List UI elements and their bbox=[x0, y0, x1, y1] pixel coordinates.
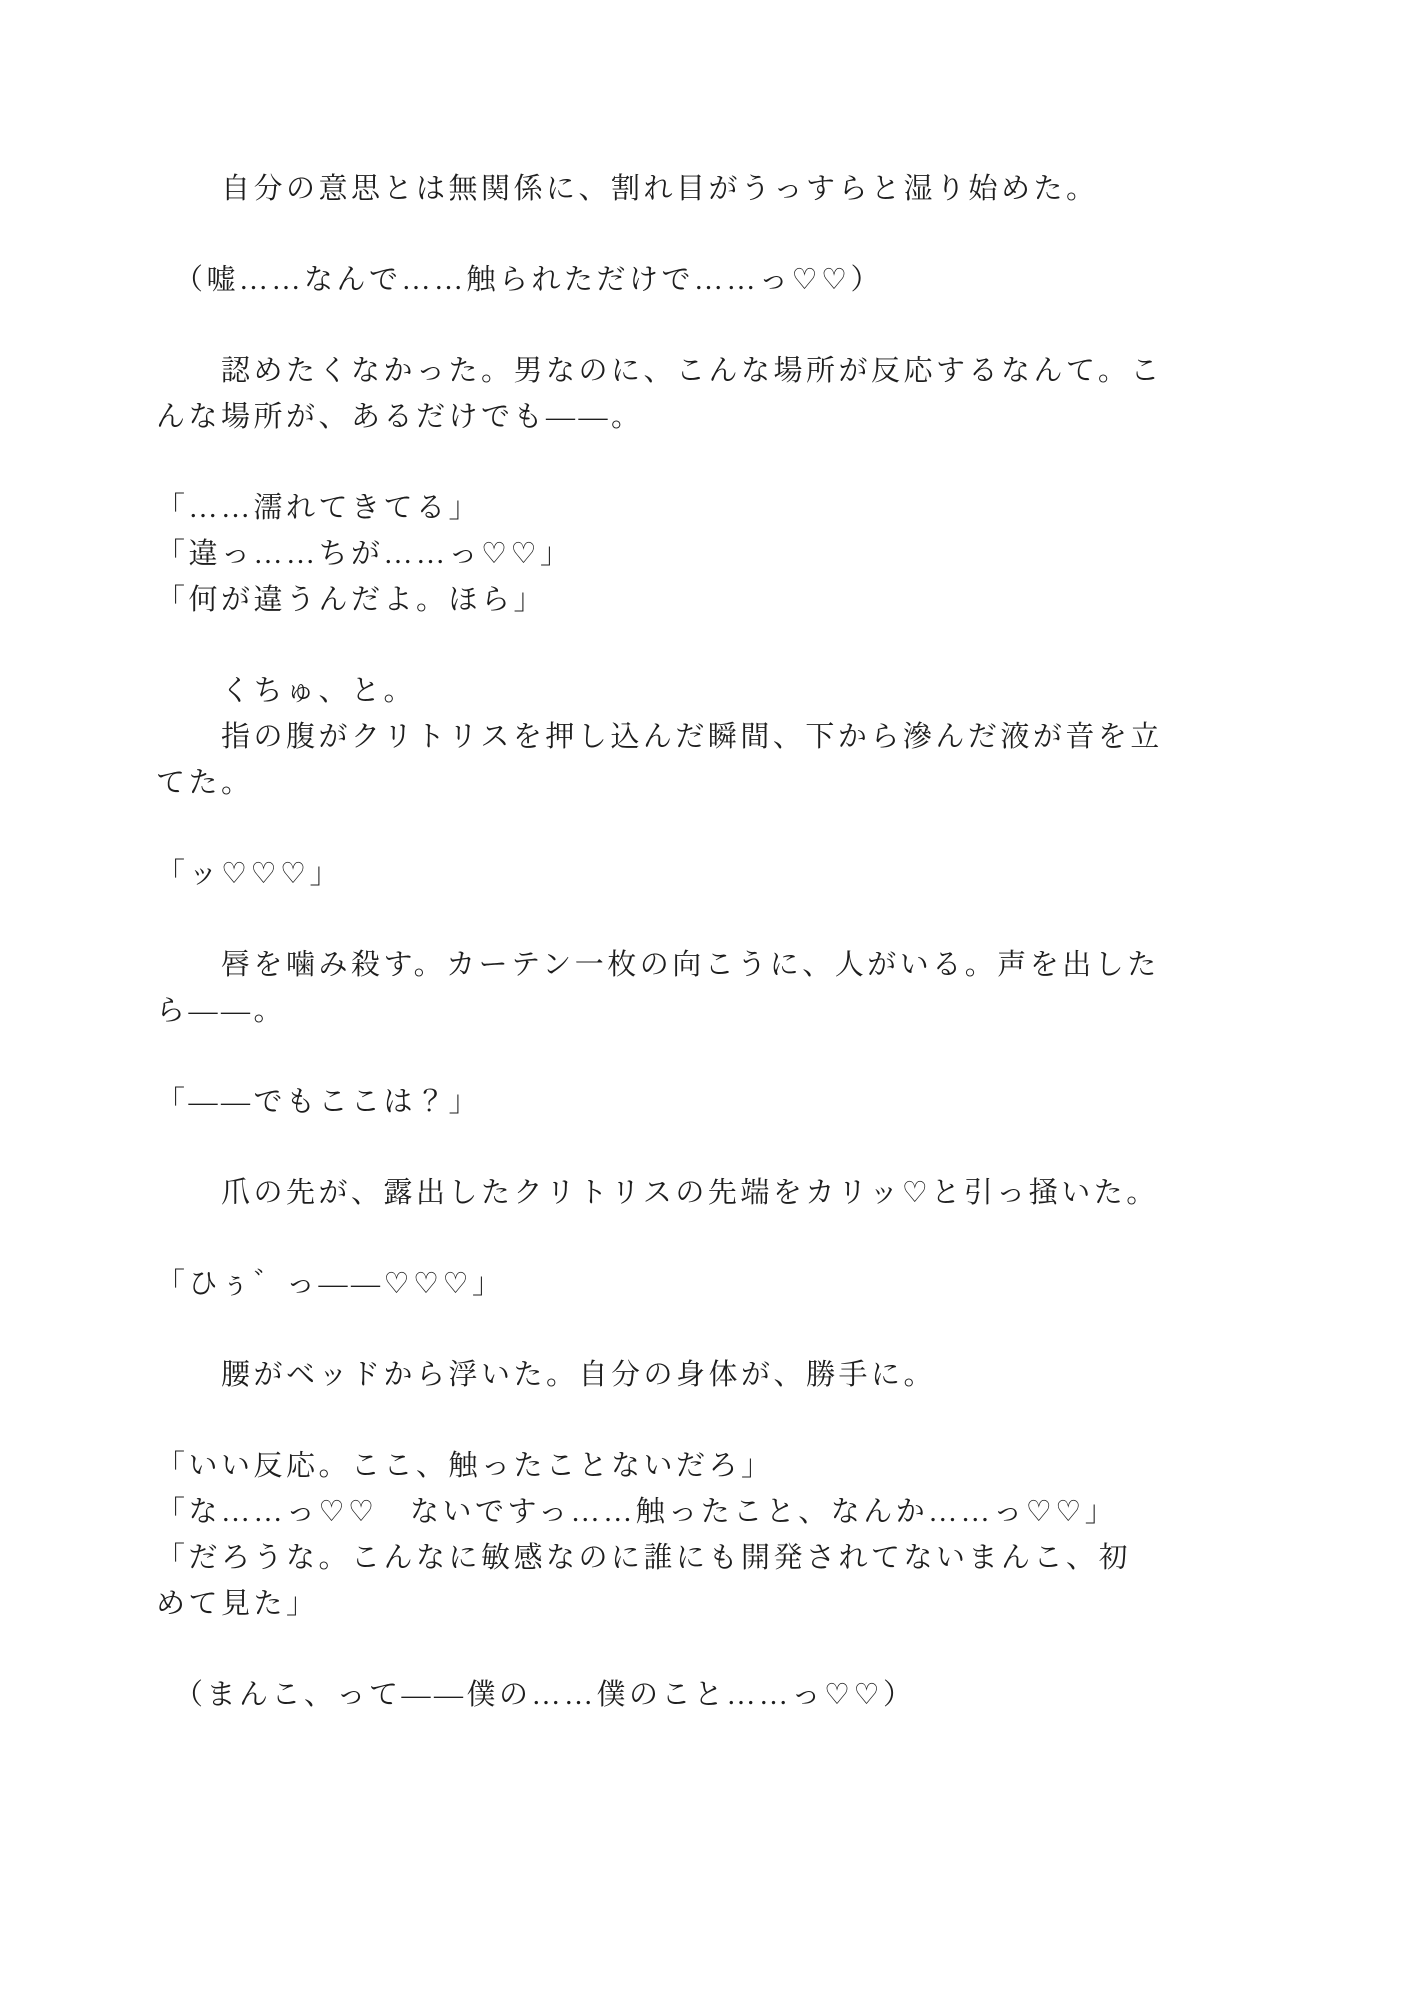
paragraph-dialogue: 「いい反応。ここ、触ったことないだろ」「な……っ♡♡ ないですっ……触ったこと、… bbox=[156, 1443, 1295, 1627]
story-text: 自分の意思とは無関係に、割れ目がうっすらと湿り始めた。 （嘘……なんで……触られ… bbox=[156, 166, 1295, 1718]
story-line: 爪の先が、露出したクリトリスの先端をカリッ♡と引っ掻いた。 bbox=[156, 1170, 1295, 1216]
story-line: 「何が違うんだよ。ほら」 bbox=[156, 577, 1295, 623]
document-page: 自分の意思とは無関係に、割れ目がうっすらと湿り始めた。 （嘘……なんで……触られ… bbox=[0, 0, 1415, 2000]
story-line: ら——。 bbox=[156, 988, 1295, 1034]
paragraph-narrative: 唇を噛み殺す。カーテン一枚の向こうに、人がいる。声を出したら——。 bbox=[156, 942, 1295, 1034]
paragraph-dialogue: 「ひぅ゛っ——♡♡♡」 bbox=[156, 1261, 1295, 1307]
paragraph-thought: （嘘……なんで……触られただけで……っ♡♡） bbox=[156, 257, 1295, 303]
story-line: めて見た」 bbox=[156, 1581, 1295, 1627]
paragraph-narrative: 腰がベッドから浮いた。自分の身体が、勝手に。 bbox=[156, 1352, 1295, 1398]
paragraph-narrative: 認めたくなかった。男なのに、こんな場所が反応するなんて。こんな場所が、あるだけで… bbox=[156, 348, 1295, 440]
paragraph-dialogue: 「ッ♡♡♡」 bbox=[156, 851, 1295, 897]
story-line: 「ッ♡♡♡」 bbox=[156, 851, 1295, 897]
story-line: てた。 bbox=[156, 760, 1295, 806]
story-line: 「だろうな。こんなに敏感なのに誰にも開発されてないまんこ、初 bbox=[156, 1535, 1295, 1581]
story-line: （まんこ、って——僕の……僕のこと……っ♡♡） bbox=[156, 1672, 1295, 1718]
paragraph-narrative: くちゅ、と。 指の腹がクリトリスを押し込んだ瞬間、下から滲んだ液が音を立てた。 bbox=[156, 668, 1295, 806]
paragraph-narrative: 爪の先が、露出したクリトリスの先端をカリッ♡と引っ掻いた。 bbox=[156, 1170, 1295, 1216]
story-line: 「——でもここは？」 bbox=[156, 1079, 1295, 1125]
story-line: 「ひぅ゛っ——♡♡♡」 bbox=[156, 1261, 1295, 1307]
story-line: 「いい反応。ここ、触ったことないだろ」 bbox=[156, 1443, 1295, 1489]
story-line: 認めたくなかった。男なのに、こんな場所が反応するなんて。こ bbox=[156, 348, 1295, 394]
paragraph-dialogue: 「——でもここは？」 bbox=[156, 1079, 1295, 1125]
story-line: 唇を噛み殺す。カーテン一枚の向こうに、人がいる。声を出した bbox=[156, 942, 1295, 988]
story-line: 「違っ……ちが……っ♡♡」 bbox=[156, 531, 1295, 577]
paragraph-narrative: 自分の意思とは無関係に、割れ目がうっすらと湿り始めた。 bbox=[156, 166, 1295, 212]
story-line: んな場所が、あるだけでも——。 bbox=[156, 394, 1295, 440]
paragraph-thought: （まんこ、って——僕の……僕のこと……っ♡♡） bbox=[156, 1672, 1295, 1718]
story-line: 「……濡れてきてる」 bbox=[156, 485, 1295, 531]
page: { "document": { "language": "ja", "backg… bbox=[0, 0, 1415, 2000]
story-line: くちゅ、と。 bbox=[156, 668, 1295, 714]
story-line: 「な……っ♡♡ ないですっ……触ったこと、なんか……っ♡♡」 bbox=[156, 1489, 1295, 1535]
story-line: 自分の意思とは無関係に、割れ目がうっすらと湿り始めた。 bbox=[156, 166, 1295, 212]
paragraph-dialogue: 「……濡れてきてる」「違っ……ちが……っ♡♡」「何が違うんだよ。ほら」 bbox=[156, 485, 1295, 623]
story-line: （嘘……なんで……触られただけで……っ♡♡） bbox=[156, 257, 1295, 303]
story-line: 腰がベッドから浮いた。自分の身体が、勝手に。 bbox=[156, 1352, 1295, 1398]
story-line: 指の腹がクリトリスを押し込んだ瞬間、下から滲んだ液が音を立 bbox=[156, 714, 1295, 760]
